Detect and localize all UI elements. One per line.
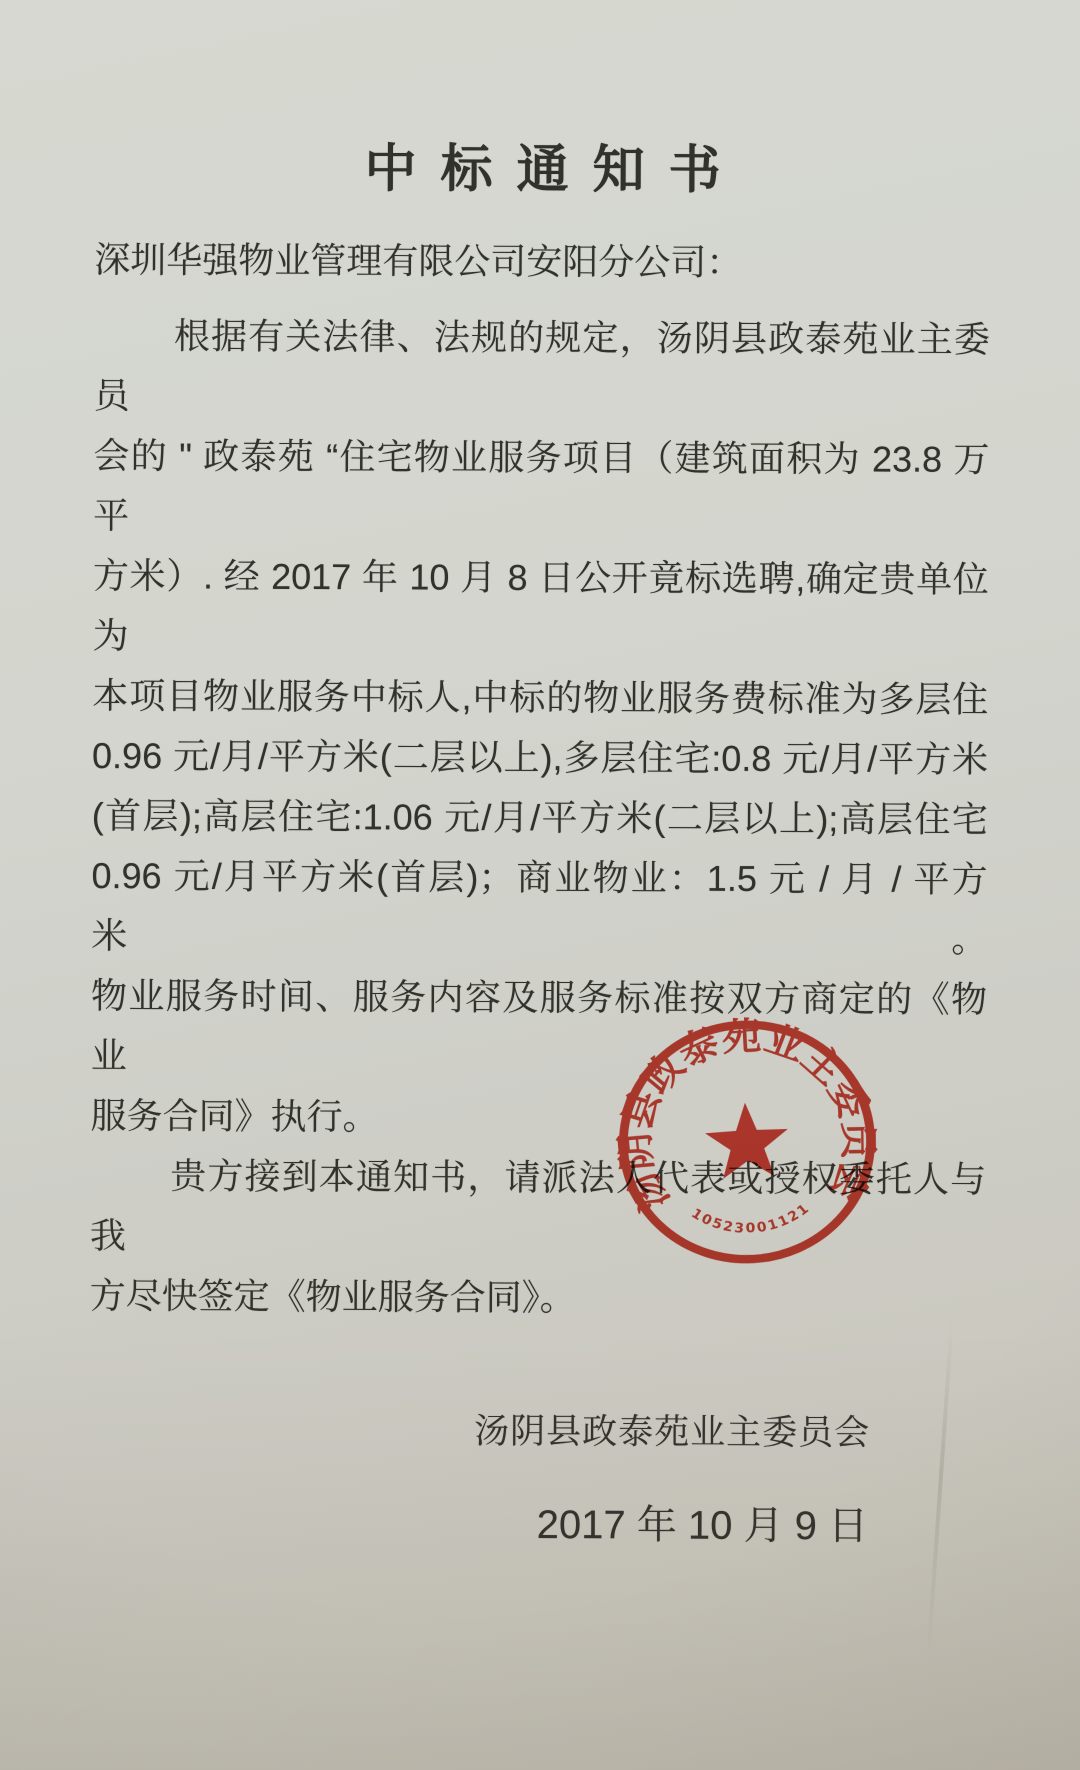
text-line: (首层);高层住宅:1.06 元/月/平方米(二层以上);高层住宅 bbox=[92, 786, 988, 850]
issue-date: 2017 年 10 月 9 日 bbox=[537, 1498, 985, 1554]
text-line: 0.96 元/月平方米(首层)；商业物业：1.5 元 / 月 / 平方米。 bbox=[91, 846, 988, 970]
official-seal: 汤阴县政泰苑业主委员会 4105230011210 bbox=[605, 1007, 888, 1277]
text-line: 会的 " 政泰苑 “住宅物业服务项目（建筑面积为 23.8 万平 bbox=[93, 426, 990, 550]
addressee-line: 深圳华强物业管理有限公司安阳分公司： bbox=[94, 236, 990, 288]
text-line: 根据有关法律、法规的规定，汤阴县政泰苑业主委员 bbox=[94, 306, 991, 430]
document-title: 中标通知书 bbox=[95, 138, 1015, 202]
seal-star-icon bbox=[704, 1101, 791, 1180]
text-line: 本项目物业服务中标人,中标的物业服务费标准为多层住 bbox=[92, 666, 988, 730]
text-line: 方米）. 经 2017 年 10 月 8 日公开竟标选聘,确定贵单位为 bbox=[92, 546, 989, 670]
document-body: 中标通知书 深圳华强物业管理有限公司安阳分公司： 根据有关法律、法规的规定，汤阴… bbox=[0, 0, 1080, 1554]
notice-document-photo: 中标通知书 深圳华强物业管理有限公司安阳分公司： 根据有关法律、法规的规定，汤阴… bbox=[0, 0, 1080, 1770]
text-line: 方尽快签定《物业服务合同》。 bbox=[90, 1266, 986, 1330]
text-line: 0.96 元/月/平方米(二层以上),多层住宅:0.8 元/月/平方米 bbox=[92, 726, 988, 790]
issuer-signature: 汤阴县政泰苑业主委员会 bbox=[474, 1408, 985, 1458]
